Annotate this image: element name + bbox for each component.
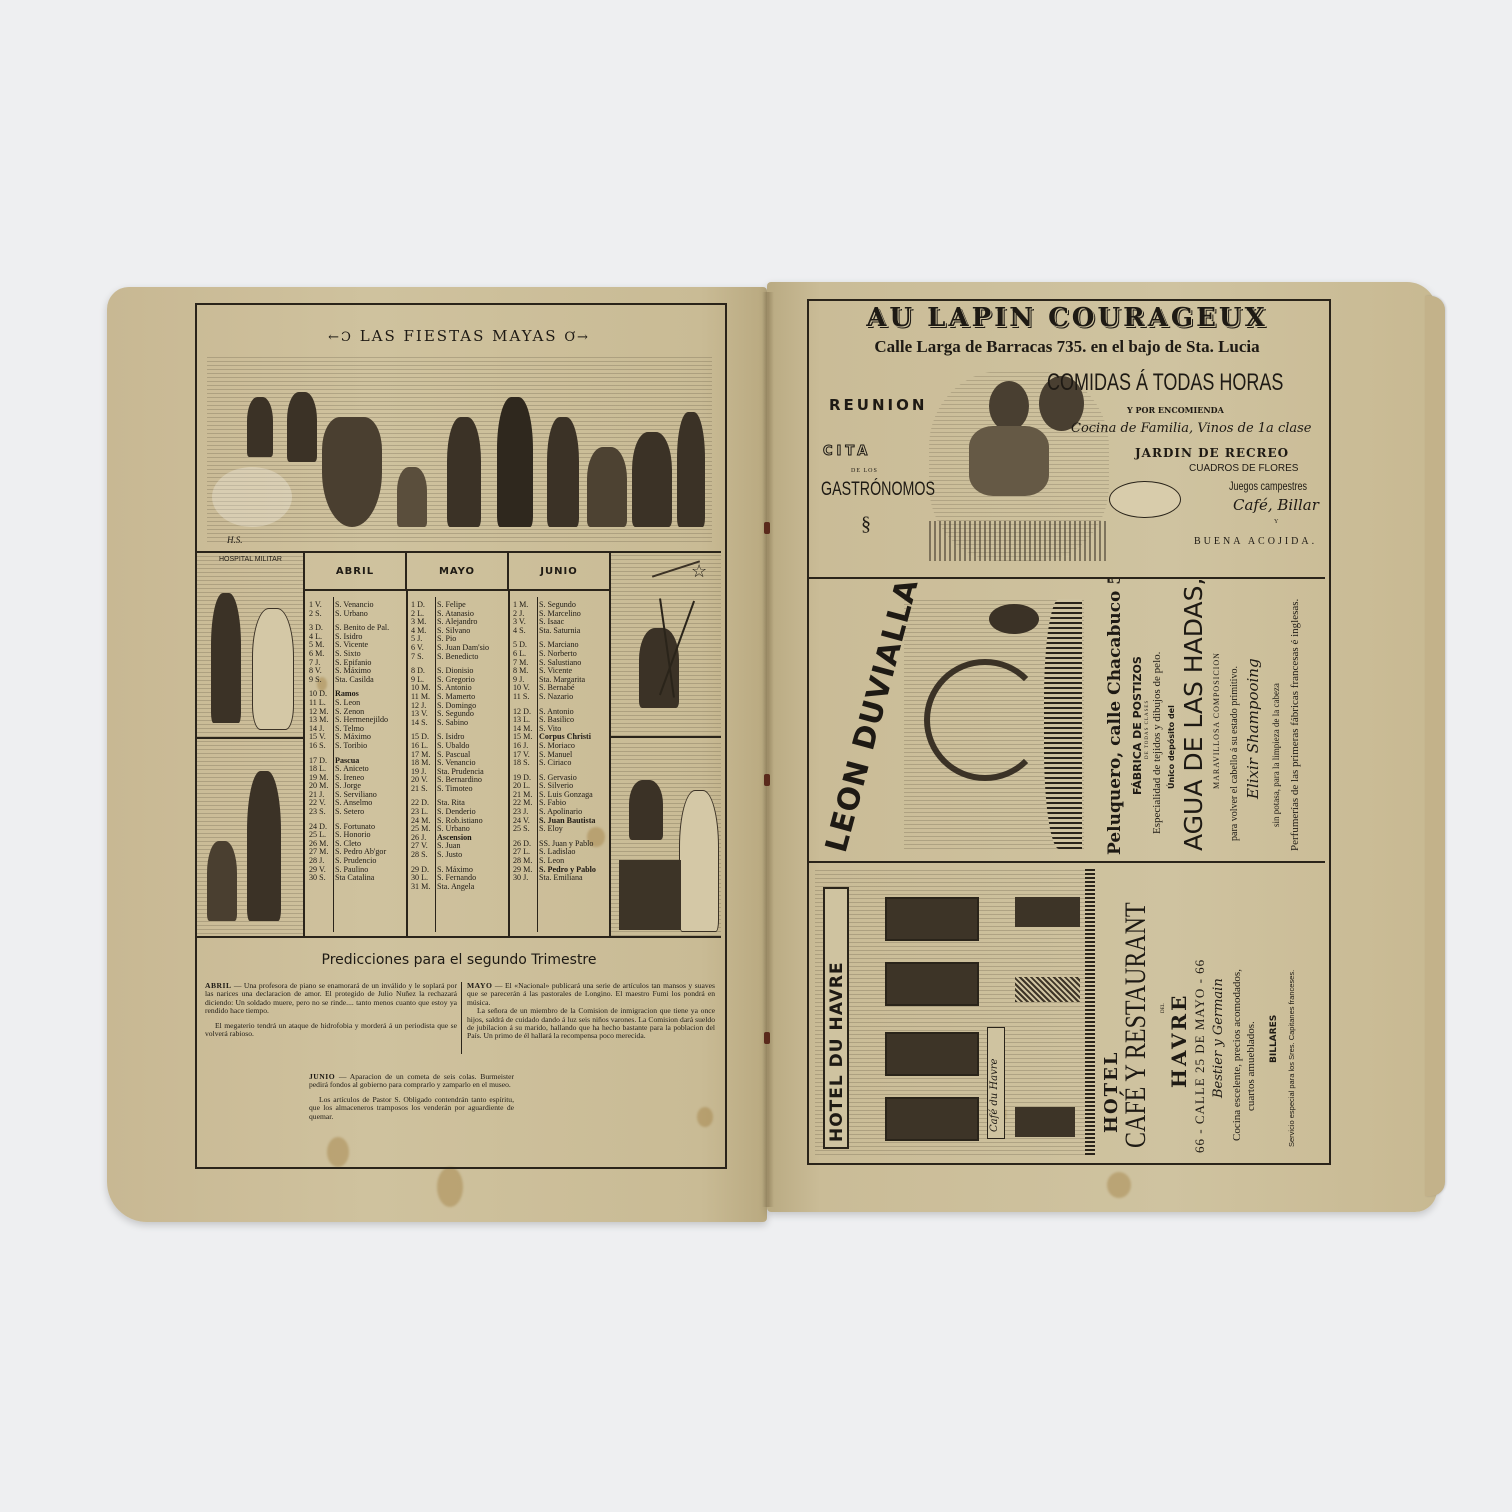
astronomer-vignette: ☆ (611, 553, 721, 738)
lapin-address: Calle Larga de Barracas 735. en el bajo … (809, 337, 1325, 357)
binding-gutter (762, 292, 774, 1207)
binding-stitch (764, 1032, 770, 1044)
havre-line6: Bestier y Germain (1211, 978, 1226, 1098)
prediction-mayo: MAYO — El «Nacional» publicará una serie… (467, 982, 715, 1041)
prediction-junio: JUNIO — Aparacion de un cometa de seis c… (309, 1073, 514, 1121)
binding-stitch (764, 774, 770, 786)
hospital-militar-caption: HOSPITAL MILITAR (219, 556, 282, 563)
calendar-column-abril: 1 V.S. Venancio 2 S.S. Urbano 3 D.S. Ben… (309, 601, 405, 883)
calendar-column-junio: 1 M.S. Segundo 2 J.S. Marcelino 3 V.S. I… (513, 601, 609, 883)
calendar-row: 4 S.Sta. Saturnia (513, 627, 609, 636)
duviallard-line10: Perfumerías de las primeras fábricas fra… (1289, 599, 1301, 851)
duviallard-line7: para volver el cabello á su estado primi… (1229, 666, 1240, 841)
calendar-row: 11 S.S. Nazario (513, 693, 609, 702)
fiestas-title: ←Ɔ LAS FIESTAS MAYAS Ơ→ (197, 327, 721, 345)
predictions-panel: Predicciones para el segundo Trimestre A… (197, 936, 721, 1163)
calendar-row: 31 M.Sta. Angela (411, 883, 507, 892)
prediction-abril: ABRIL — Una profesora de piano se enamor… (205, 982, 457, 1038)
lapin-cocina: Cocina de Familia, Vinos de 1a clase (1071, 421, 1312, 436)
duviallard-line9: sin potasa, para la limpieza de la cabez… (1271, 683, 1281, 827)
left-vignettes: HOSPITAL MILITAR (197, 553, 305, 936)
havre-line5: 66 - CALLE 25 DE MAYO - 66 (1192, 959, 1208, 1153)
calendar-row: 30 J.Sta. Emiliana (513, 874, 609, 883)
illustrator-signature: H.S. (227, 535, 243, 545)
ornament-right-icon: Ơ→ (564, 330, 590, 345)
ad-leon-duviallard: LEON DUVIALLARD Peluquero, calle Chacabu… (809, 579, 1325, 863)
right-page-frame: AU LAPIN COURAGEUX Calle Larga de Barrac… (807, 299, 1331, 1165)
page-edge (1425, 296, 1445, 1196)
crowd-illustration (207, 357, 712, 542)
foxing-stain (437, 1167, 463, 1207)
lapin-encomienda: Y POR ENCOMIENDA (1127, 405, 1224, 415)
lapin-juegos: Juegos campestres (1229, 479, 1307, 493)
havre-line2: CAFÉ Y RESTAURANT (1119, 902, 1153, 1148)
lapin-cuadros: CUADROS DE FLORES (1189, 463, 1298, 474)
calendar-row: 30 S.Sta Catalina (309, 874, 405, 883)
month-header-abril: ABRIL (305, 553, 407, 591)
binding-stitch (764, 522, 770, 534)
calendar-row: 18 S.S. Ciriaco (513, 759, 609, 768)
calendar-row: 7 S.S. Benedicto (411, 653, 507, 662)
calendar-row: 21 S.S. Timoteo (411, 785, 507, 794)
hotel-facade-illustration: HOTEL DU HAVRE Café du Havre (815, 867, 1095, 1155)
lapin-cafe: Café, Billar (1233, 496, 1319, 514)
foxing-stain (1107, 1172, 1131, 1198)
ornament-left-icon: ←Ɔ (328, 330, 353, 345)
predictions-title: Predicciones para el segundo Trimestre (197, 952, 721, 968)
havre-line8: cuartos amueblados. (1245, 1021, 1257, 1111)
lapin-de-los: DE LOS (851, 468, 878, 474)
left-page-frame: ←Ɔ LAS FIESTAS MAYAS Ơ→ (195, 303, 727, 1169)
hotel-sign-text: HOTEL DU HAVRE (827, 961, 847, 1142)
left-page: ←Ɔ LAS FIESTAS MAYAS Ơ→ (107, 287, 767, 1222)
ad-hotel-du-havre: HOTEL DU HAVRE Café du Havre HOTEL CAFÉ … (809, 863, 1325, 1159)
lapin-title: AU LAPIN COURAGEUX (809, 303, 1325, 333)
calendar-row: 2 S.S. Urbano (309, 610, 405, 619)
cafe-sign-text: Café du Havre (989, 1059, 1000, 1132)
fiestas-title-text: LAS FIESTAS MAYAS (360, 327, 558, 345)
duviallard-line2: FÁBRICA DE POSTIZOS (1131, 656, 1144, 795)
duviallard-line2b: DE TODAS CLASES (1145, 700, 1150, 759)
shop-vignette (611, 740, 721, 936)
havre-line3: DEL (1161, 1003, 1166, 1013)
calendar-row: 9 S.Sta. Casilda (309, 676, 405, 685)
havre-line4: HAVRE (1167, 993, 1191, 1088)
fiestas-mayas-panel: ←Ɔ LAS FIESTAS MAYAS Ơ→ (197, 305, 721, 553)
running-chef-illustration (929, 371, 1109, 561)
lapin-acojida: BUENA ACOJIDA. (1194, 536, 1317, 547)
lapin-comidas: COMIDAS Á TODAS HORAS (1047, 369, 1283, 397)
theatre-vignette (197, 741, 303, 934)
calendar-table: ABRIL MAYO JUNIO 1 V.S. Venancio 2 S.S. … (305, 553, 611, 936)
havre-line10: Servicio especial para los Sres. Capitan… (1287, 970, 1296, 1147)
calendar-row: 23 S.S. Setero (309, 808, 405, 817)
lapin-y: Y (1274, 519, 1278, 525)
havre-line7: Cocina escelente, precios acomodados, (1231, 969, 1243, 1141)
calendar-row: 16 S.S. Toribio (309, 742, 405, 751)
calendar-row: 4 M.S. Silvano (411, 627, 507, 636)
havre-line9: BILLARES (1269, 1015, 1279, 1063)
month-header-mayo: MAYO (407, 553, 509, 591)
duviallard-line3: Especialidad de tejidos y dibujos de pel… (1151, 652, 1163, 834)
calendar-row: 28 S.S. Justo (411, 851, 507, 860)
open-almanac: ←Ɔ LAS FIESTAS MAYAS Ơ→ (107, 282, 1437, 1220)
lapin-jardin: JARDIN DE RECREO (1135, 446, 1289, 460)
duviallard-line5: AGUA DE LAS HADAS, (1179, 579, 1208, 851)
scroll-ornament-icon: § (861, 513, 871, 536)
duviallard-line1: Peluquero, calle Chacabuco 57 (1105, 579, 1125, 855)
lapin-cita: CITA (823, 444, 871, 459)
rabbit-illustration (1109, 481, 1181, 518)
calendar-row: 25 S.S. Eloy (513, 825, 609, 834)
right-vignettes: ☆ (611, 553, 721, 936)
duviallard-line8: Elixir Shampooing (1244, 658, 1262, 799)
calendar-column-mayo: 1 D.S. Felipe 2 L.S. Atanasio 3 M.S. Ale… (411, 601, 507, 891)
hospital-militar-vignette: HOSPITAL MILITAR (197, 553, 303, 739)
lapin-gastronomos: GASTRÓNOMOS (821, 479, 935, 501)
right-page: AU LAPIN COURAGEUX Calle Larga de Barrac… (767, 282, 1437, 1212)
ad-lapin-courageux: AU LAPIN COURAGEUX Calle Larga de Barrac… (809, 301, 1325, 579)
duviallard-line4: Único depósito del (1167, 705, 1176, 789)
month-header-junio: JUNIO (509, 553, 611, 591)
duviallard-line6: MARAVILLOSA COMPOSICION (1212, 652, 1221, 789)
lapin-reunion: REUNION (829, 396, 927, 414)
barber-mirror-illustration (904, 599, 1084, 849)
calendar-row: 14 S.S. Sabino (411, 719, 507, 728)
